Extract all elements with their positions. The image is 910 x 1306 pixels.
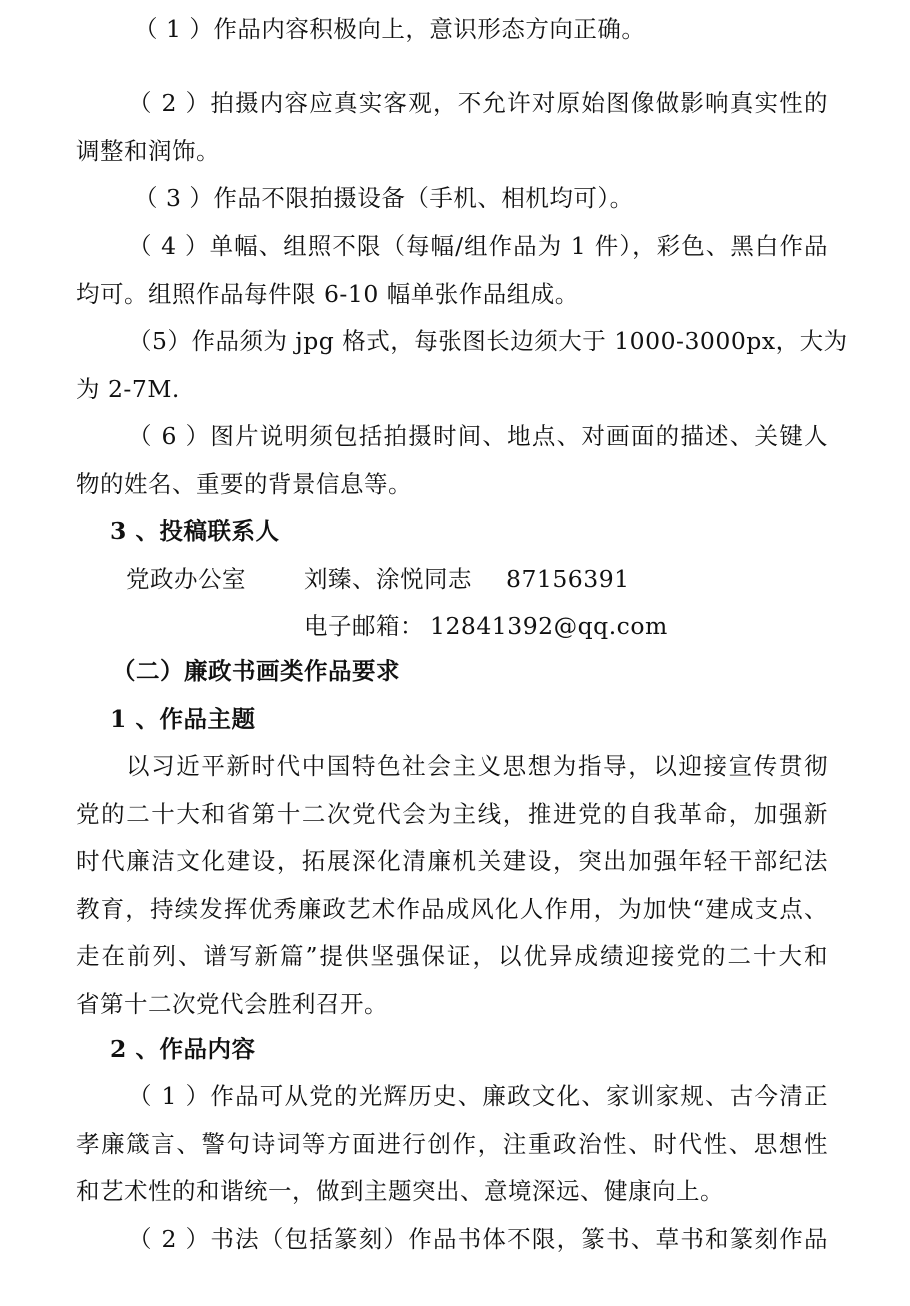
photo-req-item-2-line-1: （ 2 ）拍摄内容应真实客观，不允许对原始图像做影响真实性的 bbox=[128, 88, 828, 118]
photo-req-item-6-line-1: （ 6 ）图片说明须包括拍摄时间、地点、对画面的描述、关键人 bbox=[128, 421, 828, 451]
photo-req-item-2-line-2: 调整和润饰。 bbox=[76, 136, 220, 166]
contact-phone: 87156391 bbox=[506, 564, 630, 594]
contact-email[interactable]: 12841392@qq.com bbox=[430, 611, 668, 641]
content-heading: 2 、作品内容 bbox=[110, 1034, 256, 1064]
photo-req-item-1: （ 1 ）作品内容积极向上，意识形态方向正确。 bbox=[134, 14, 645, 44]
photo-req-item-5-line-1: （5）作品须为 jpg 格式，每张图长边须大于 1000-3000px，大为 bbox=[128, 326, 828, 356]
photo-req-item-6-line-2: 物的姓名、重要的背景信息等。 bbox=[76, 469, 412, 499]
theme-line-6: 省第十二次党代会胜利召开。 bbox=[76, 989, 388, 1019]
contact-office: 党政办公室 bbox=[126, 564, 246, 594]
content-item-1-line-1: （ 1 ）作品可从党的光辉历史、廉政文化、家训家规、古今清正 bbox=[128, 1081, 828, 1111]
photo-req-item-4-line-2: 均可。组照作品每件限 6-10 幅单张作品组成。 bbox=[76, 279, 579, 309]
calligraphy-section-heading: （二）廉政书画类作品要求 bbox=[112, 656, 400, 686]
photo-req-item-4-line-1: （ 4 ）单幅、组照不限（每幅/组作品为 1 件），彩色、黑白作品 bbox=[128, 231, 828, 261]
contact-email-label: 电子邮箱： bbox=[304, 611, 424, 641]
theme-line-4: 教育，持续发挥优秀廉政艺术作品成风化人作用，为加快“建成支点、 bbox=[76, 894, 828, 924]
theme-line-2: 党的二十大和省第十二次党代会为主线，推进党的自我革命，加强新 bbox=[76, 799, 828, 829]
content-item-1-line-3: 和艺术性的和谐统一，做到主题突出、意境深远、健康向上。 bbox=[76, 1176, 724, 1206]
theme-line-3: 时代廉洁文化建设，拓展深化清廉机关建设，突出加强年轻干部纪法 bbox=[76, 846, 828, 876]
content-item-1-line-2: 孝廉箴言、警句诗词等方面进行创作，注重政治性、时代性、思想性 bbox=[76, 1129, 828, 1159]
theme-heading: 1 、作品主题 bbox=[110, 704, 256, 734]
contact-heading: 3 、投稿联系人 bbox=[110, 516, 280, 546]
document-page: （ 1 ）作品内容积极向上，意识形态方向正确。 （ 2 ）拍摄内容应真实客观，不… bbox=[0, 0, 910, 1306]
photo-req-item-5-line-2: 为 2-7M. bbox=[76, 374, 180, 404]
theme-line-1: 以习近平新时代中国特色社会主义思想为指导，以迎接宣传贯彻 bbox=[126, 751, 828, 781]
photo-req-item-3: （ 3 ）作品不限拍摄设备（手机、相机均可）。 bbox=[134, 183, 634, 213]
contact-names: 刘臻、涂悦同志 bbox=[304, 564, 472, 594]
theme-line-5: 走在前列、谱写新篇”提供坚强保证，以优异成绩迎接党的二十大和 bbox=[76, 941, 828, 971]
content-item-2-line-1: （ 2 ）书法（包括篆刻）作品书体不限，篆书、草书和篆刻作品 bbox=[128, 1224, 828, 1254]
